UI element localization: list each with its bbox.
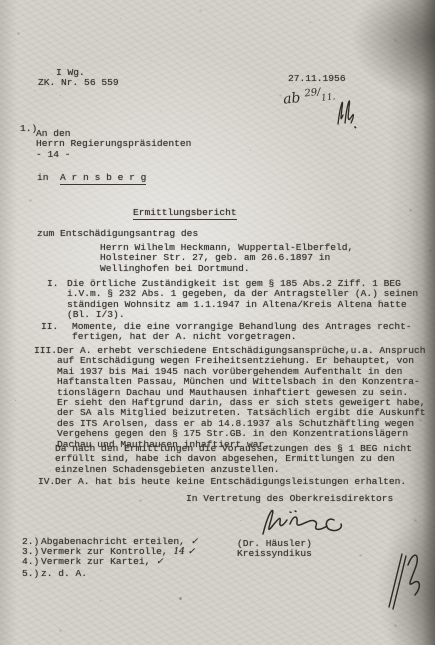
recipient-city-line: in A r n s b e r g [37,173,146,183]
item-1-text: Die örtliche Zuständigkeit ist gem § 185… [67,279,418,321]
signature-icon [254,503,358,539]
subject-applicant: Herrn Wilhelm Heckmann, Wuppertal-Elberf… [100,243,353,274]
signer-title: Kreissyndikus [237,549,312,559]
distribution-4-label: Vermerk zur Kartei, [41,556,150,567]
handwritten-receipt-note: ab 29/11. [282,85,336,107]
item-4-text: Der A. hat bis heute keine Entschädigung… [55,477,406,487]
handwritten-checkmark: ✓ [191,537,199,547]
item-2-text: Momente, die eine vorrangige Behandlung … [72,322,412,343]
paper-noise [0,0,1,1]
document-date: 27.11.1956 [288,74,346,84]
item-3-number: III. [34,346,57,356]
city-prefix: in [37,172,49,183]
handwritten-checkmark: ✓ [156,557,164,567]
scanned-document-page: I Wg. ZK. Nr. 56 559 27.11.1956 ab 29/11… [0,0,435,645]
file-reference-line2: ZK. Nr. 56 559 [38,78,119,88]
item-3-text: Der A. erhebt verschiedene Entschädigung… [57,346,425,450]
document-title: Ermittlungsbericht [133,208,237,220]
city-name: A r n s b e r g [60,172,146,185]
handwritten-checkmark: 14 ✓ [173,547,195,557]
item-2-number: II. [41,322,58,332]
item-3-text-continued: Da nach den Ermittlungen die Voraussetzu… [55,444,412,475]
subject-intro: zum Entschädigungsantrag des [37,229,198,239]
handwritten-margin-initials-icon [382,545,430,630]
handwritten-initials-icon [331,90,359,130]
distribution-4-number: 4.) [22,557,41,567]
item-4-number: IV. [38,477,55,487]
distribution-item-4: 4.)Vermerk zur Kartei, ✓ [22,557,164,567]
distribution-item-5: 5.)z. d. A. [22,569,87,579]
item-1-number: I. [47,279,59,289]
handwritten-word: ab [282,90,301,108]
distribution-5-label: z. d. A. [41,568,87,579]
recipient-address: An den Herrn Regierungspräsidenten - 14 … [36,129,191,160]
distribution-5-number: 5.) [22,569,41,579]
recipient-number: 1.) [20,124,37,134]
handwritten-numerator: 29/ [304,87,321,100]
